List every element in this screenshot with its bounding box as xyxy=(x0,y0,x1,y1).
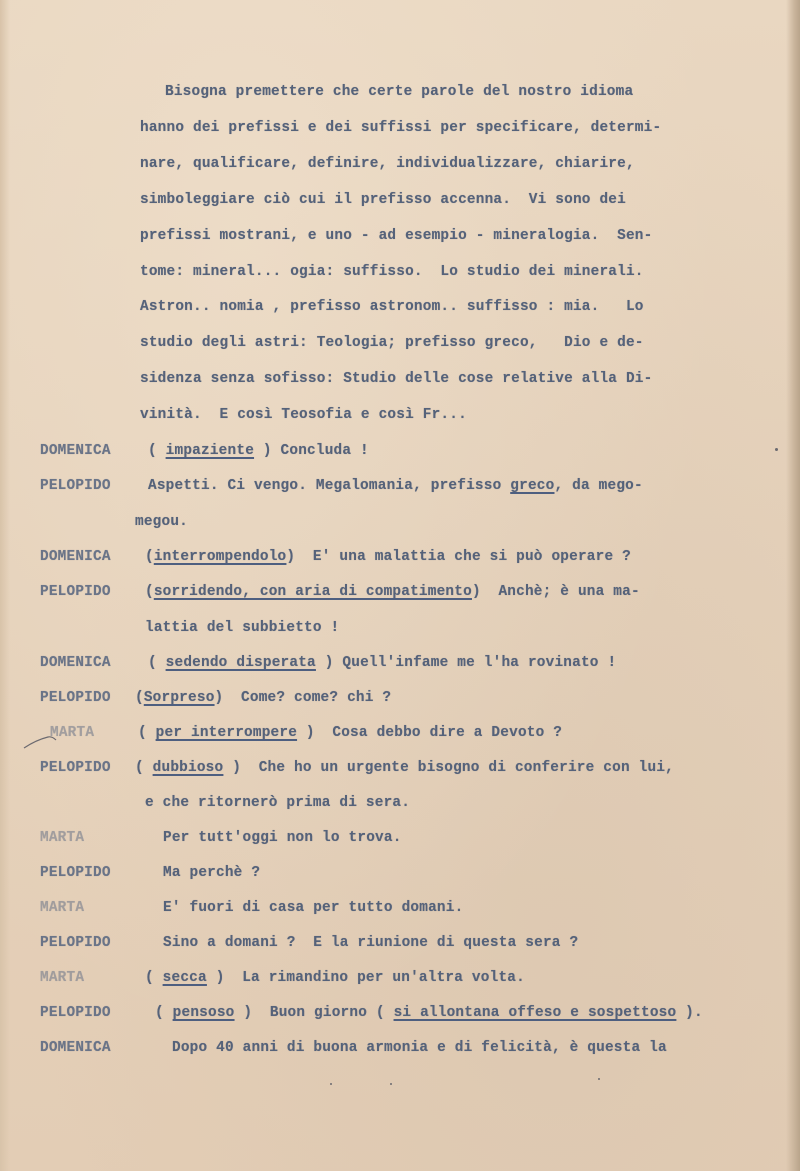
spoken-text: ) Concluda ! xyxy=(254,443,369,459)
speaker-name: MARTA xyxy=(40,830,150,846)
line-text: (interrompendolo) E' una malattia che si… xyxy=(145,549,631,565)
page-right-edge xyxy=(786,0,800,1171)
monologue-line: Bisogna premettere che certe parole del … xyxy=(165,84,633,100)
paper-speck xyxy=(598,1078,600,1080)
line-text: ( dubbioso ) Che ho un urgente bisogno d… xyxy=(135,760,674,776)
spoken-text: ) Cosa debbo dire a Devoto ? xyxy=(297,725,562,741)
spoken-text: ) La rimandino per un'altra volta. xyxy=(207,970,525,986)
monologue-line: vinità. E così Teosofia e così Fr... xyxy=(140,407,467,423)
paren-open: ( xyxy=(138,725,156,741)
speaker-name: DOMENICA xyxy=(40,443,150,459)
line-text: ( secca ) La rimandino per un'altra volt… xyxy=(145,970,525,986)
line-text: (Sorpreso) Come? come? chi ? xyxy=(135,690,391,706)
speaker-name: PELOPIDO xyxy=(40,584,150,600)
spoken-text: Sino a domani ? E la riunione di questa … xyxy=(163,935,578,951)
paren-open: ( xyxy=(148,655,166,671)
monologue-line: Astron.. nomia , prefisso astronom.. suf… xyxy=(140,299,644,315)
stage-direction: pensoso xyxy=(173,1005,235,1021)
line-continuation: megou. xyxy=(135,514,188,530)
underlined-word: greco xyxy=(510,478,554,494)
stage-direction: si allontana offeso e sospettoso xyxy=(394,1005,677,1021)
speaker-name: PELOPIDO xyxy=(40,865,150,881)
paren-open: ( xyxy=(155,1005,173,1021)
paren-open: ( xyxy=(135,760,153,776)
paper-speck xyxy=(775,448,778,451)
line-text: ( pensoso ) Buon giorno ( si allontana o… xyxy=(155,1005,703,1021)
monologue-line: simboleggiare ciò cui il prefisso accenn… xyxy=(140,192,626,208)
spoken-text: Dopo 40 anni di buona armonia e di felic… xyxy=(172,1040,667,1056)
stage-direction: sorridendo, con aria di compatimento xyxy=(154,584,472,600)
monologue-line: prefissi mostrani, e uno - ad esempio - … xyxy=(140,228,652,244)
monologue-line: studio degli astri: Teologia; prefisso g… xyxy=(140,335,644,351)
paren-open: ( xyxy=(145,549,154,565)
stage-direction: interrompendolo xyxy=(154,549,287,565)
monologue-line: sidenza senza sofisso: Studio delle cose… xyxy=(140,371,652,387)
page-left-edge xyxy=(0,0,10,1171)
speaker-name: DOMENICA xyxy=(40,549,150,565)
speaker-name: PELOPIDO xyxy=(40,1005,150,1021)
paren-open: ( xyxy=(148,443,166,459)
speaker-name: PELOPIDO xyxy=(40,760,150,776)
paper-speck xyxy=(330,1083,332,1085)
line-text: ( impaziente ) Concluda ! xyxy=(148,443,369,459)
speaker-name: DOMENICA xyxy=(40,1040,150,1056)
monologue-line: tome: mineral... ogia: suffisso. Lo stud… xyxy=(140,264,644,280)
spoken-text: ) Quell'infame me l'ha rovinato ! xyxy=(316,655,616,671)
line-continuation: e che ritornerò prima di sera. xyxy=(145,795,410,811)
spoken-text: ) Che ho un urgente bisogno di conferire… xyxy=(223,760,674,776)
spoken-text: Ma perchè ? xyxy=(163,865,260,881)
pen-mark-icon xyxy=(22,732,62,750)
spoken-text: ) Buon giorno ( xyxy=(235,1005,394,1021)
line-text: ( per interrompere ) Cosa debbo dire a D… xyxy=(138,725,562,741)
speaker-name: PELOPIDO xyxy=(40,478,150,494)
spoken-text: ) Anchè; è una ma- xyxy=(472,584,640,600)
spoken-text: , da mego- xyxy=(554,478,642,494)
paren-open: ( xyxy=(145,970,163,986)
stage-direction: per interrompere xyxy=(156,725,297,741)
line-text: (sorridendo, con aria di compatimento) A… xyxy=(145,584,640,600)
spoken-text: ) E' una malattia che si può operare ? xyxy=(286,549,631,565)
speaker-name: PELOPIDO xyxy=(40,690,150,706)
paren-open: ( xyxy=(135,690,144,706)
stage-direction: impaziente xyxy=(166,443,254,459)
line-text: Aspetti. Ci vengo. Megalomania, prefisso… xyxy=(148,478,643,494)
paren-close: ). xyxy=(676,1005,703,1021)
paper-speck xyxy=(390,1083,392,1085)
monologue-line: nare, qualificare, definire, individuali… xyxy=(140,156,635,172)
speaker-name: DOMENICA xyxy=(40,655,150,671)
line-text: ( sedendo disperata ) Quell'infame me l'… xyxy=(148,655,616,671)
spoken-text: E' fuori di casa per tutto domani. xyxy=(163,900,463,916)
stage-direction: secca xyxy=(163,970,207,986)
spoken-text: ) Come? come? chi ? xyxy=(215,690,392,706)
stage-direction: sedendo disperata xyxy=(166,655,316,671)
speaker-name: PELOPIDO xyxy=(40,935,150,951)
spoken-text: Per tutt'oggi non lo trova. xyxy=(163,830,402,846)
stage-direction: dubbioso xyxy=(153,760,224,776)
speaker-name: MARTA xyxy=(40,970,150,986)
paren-open: ( xyxy=(145,584,154,600)
speaker-name: MARTA xyxy=(40,900,150,916)
monologue-line: hanno dei prefissi e dei suffissi per sp… xyxy=(140,120,661,136)
stage-direction: Sorpreso xyxy=(144,690,215,706)
line-continuation: lattia del subbietto ! xyxy=(145,620,339,636)
spoken-text: Aspetti. Ci vengo. Megalomania, prefisso xyxy=(148,478,510,494)
